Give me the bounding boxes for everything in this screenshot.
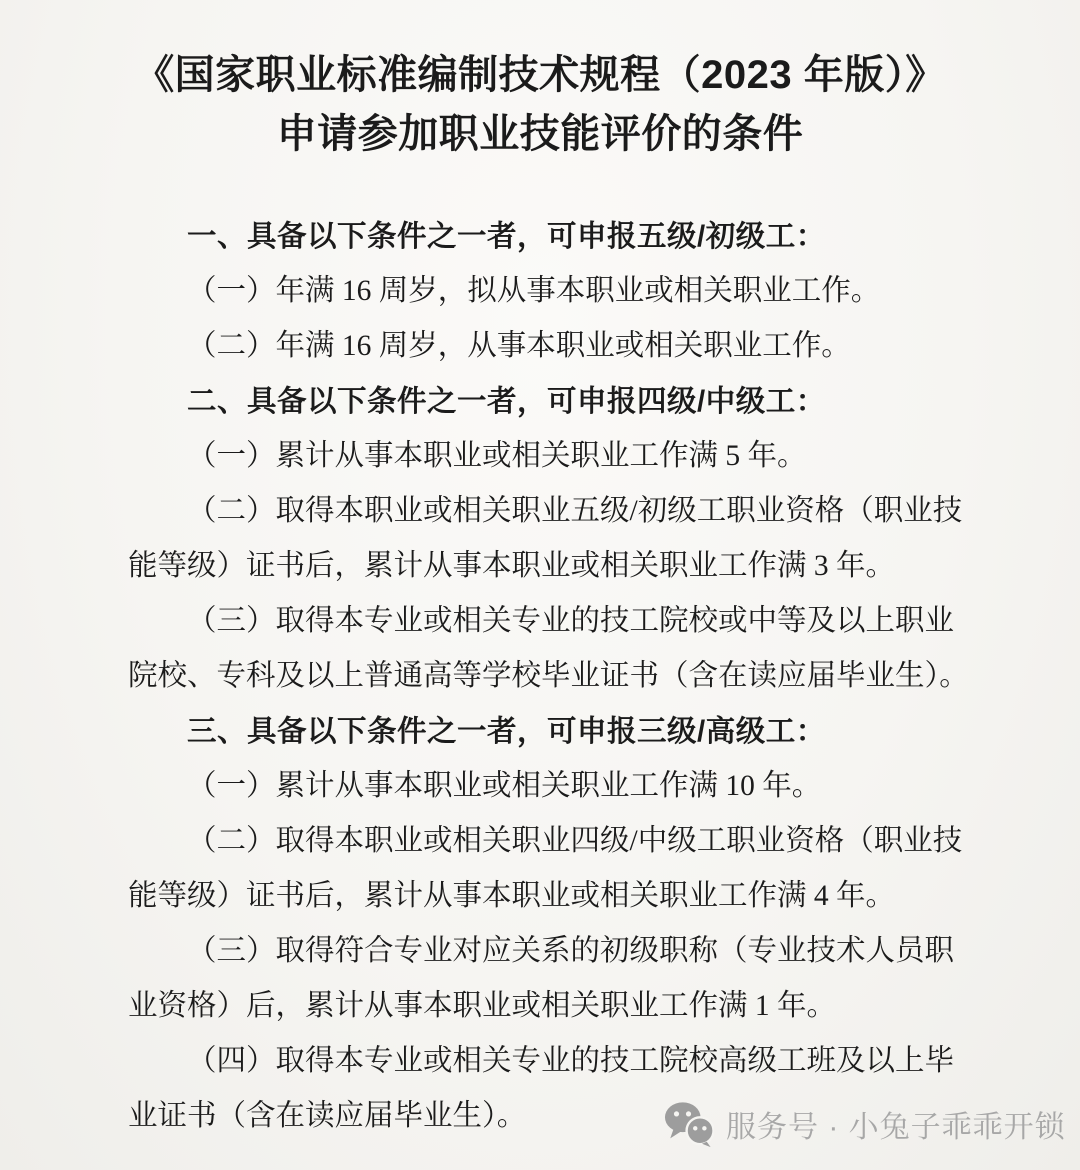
- list-item-line-cont: 能等级）证书后，累计从事本职业或相关职业工作满 4 年。: [128, 869, 988, 924]
- document-title-line-2: 申请参加职业技能评价的条件: [0, 105, 1080, 164]
- document-body: 一、具备以下条件之一者，可申报五级/初级工： （一）年满 16 周岁，拟从事本职…: [128, 209, 988, 1144]
- wechat-icon: [664, 1100, 714, 1148]
- list-item-line: （一）累计从事本职业或相关职业工作满 5 年。: [128, 429, 988, 484]
- section-heading: 三、具备以下条件之一者，可申报三级/高级工：: [128, 704, 988, 759]
- watermark-label: 服务号 · 小兔子乖乖开锁: [726, 1102, 1066, 1146]
- scanned-document-page: 《国家职业标准编制技术规程（2023 年版）》 申请参加职业技能评价的条件 一、…: [0, 0, 1080, 1170]
- list-item-line: （三）取得本专业或相关专业的技工院校或中等及以上职业: [128, 594, 988, 649]
- watermark: 服务号 · 小兔子乖乖开锁: [664, 1100, 1066, 1148]
- list-item-line: （一）累计从事本职业或相关职业工作满 10 年。: [128, 759, 988, 814]
- list-item-line: （三）取得符合专业对应关系的初级职称（专业技术人员职: [128, 924, 988, 979]
- document-title-line-1: 《国家职业标准编制技术规程（2023 年版）》: [0, 46, 1080, 105]
- section-heading: 二、具备以下条件之一者，可申报四级/中级工：: [128, 374, 988, 429]
- list-item-line: （二）取得本职业或相关职业四级/中级工职业资格（职业技: [128, 814, 988, 869]
- list-item-line: （二）年满 16 周岁，从事本职业或相关职业工作。: [128, 319, 988, 374]
- list-item-line: （二）取得本职业或相关职业五级/初级工职业资格（职业技: [128, 484, 988, 539]
- section-heading: 一、具备以下条件之一者，可申报五级/初级工：: [128, 209, 988, 264]
- document-title: 《国家职业标准编制技术规程（2023 年版）》 申请参加职业技能评价的条件: [0, 46, 1080, 164]
- list-item-line-cont: 能等级）证书后，累计从事本职业或相关职业工作满 3 年。: [128, 539, 988, 594]
- list-item-line: （四）取得本专业或相关专业的技工院校高级工班及以上毕: [128, 1034, 988, 1089]
- list-item-line: （一）年满 16 周岁，拟从事本职业或相关职业工作。: [128, 264, 988, 319]
- list-item-line-cont: 院校、专科及以上普通高等学校毕业证书（含在读应届毕业生）。: [128, 649, 988, 704]
- list-item-line-cont: 业资格）后，累计从事本职业或相关职业工作满 1 年。: [128, 979, 988, 1034]
